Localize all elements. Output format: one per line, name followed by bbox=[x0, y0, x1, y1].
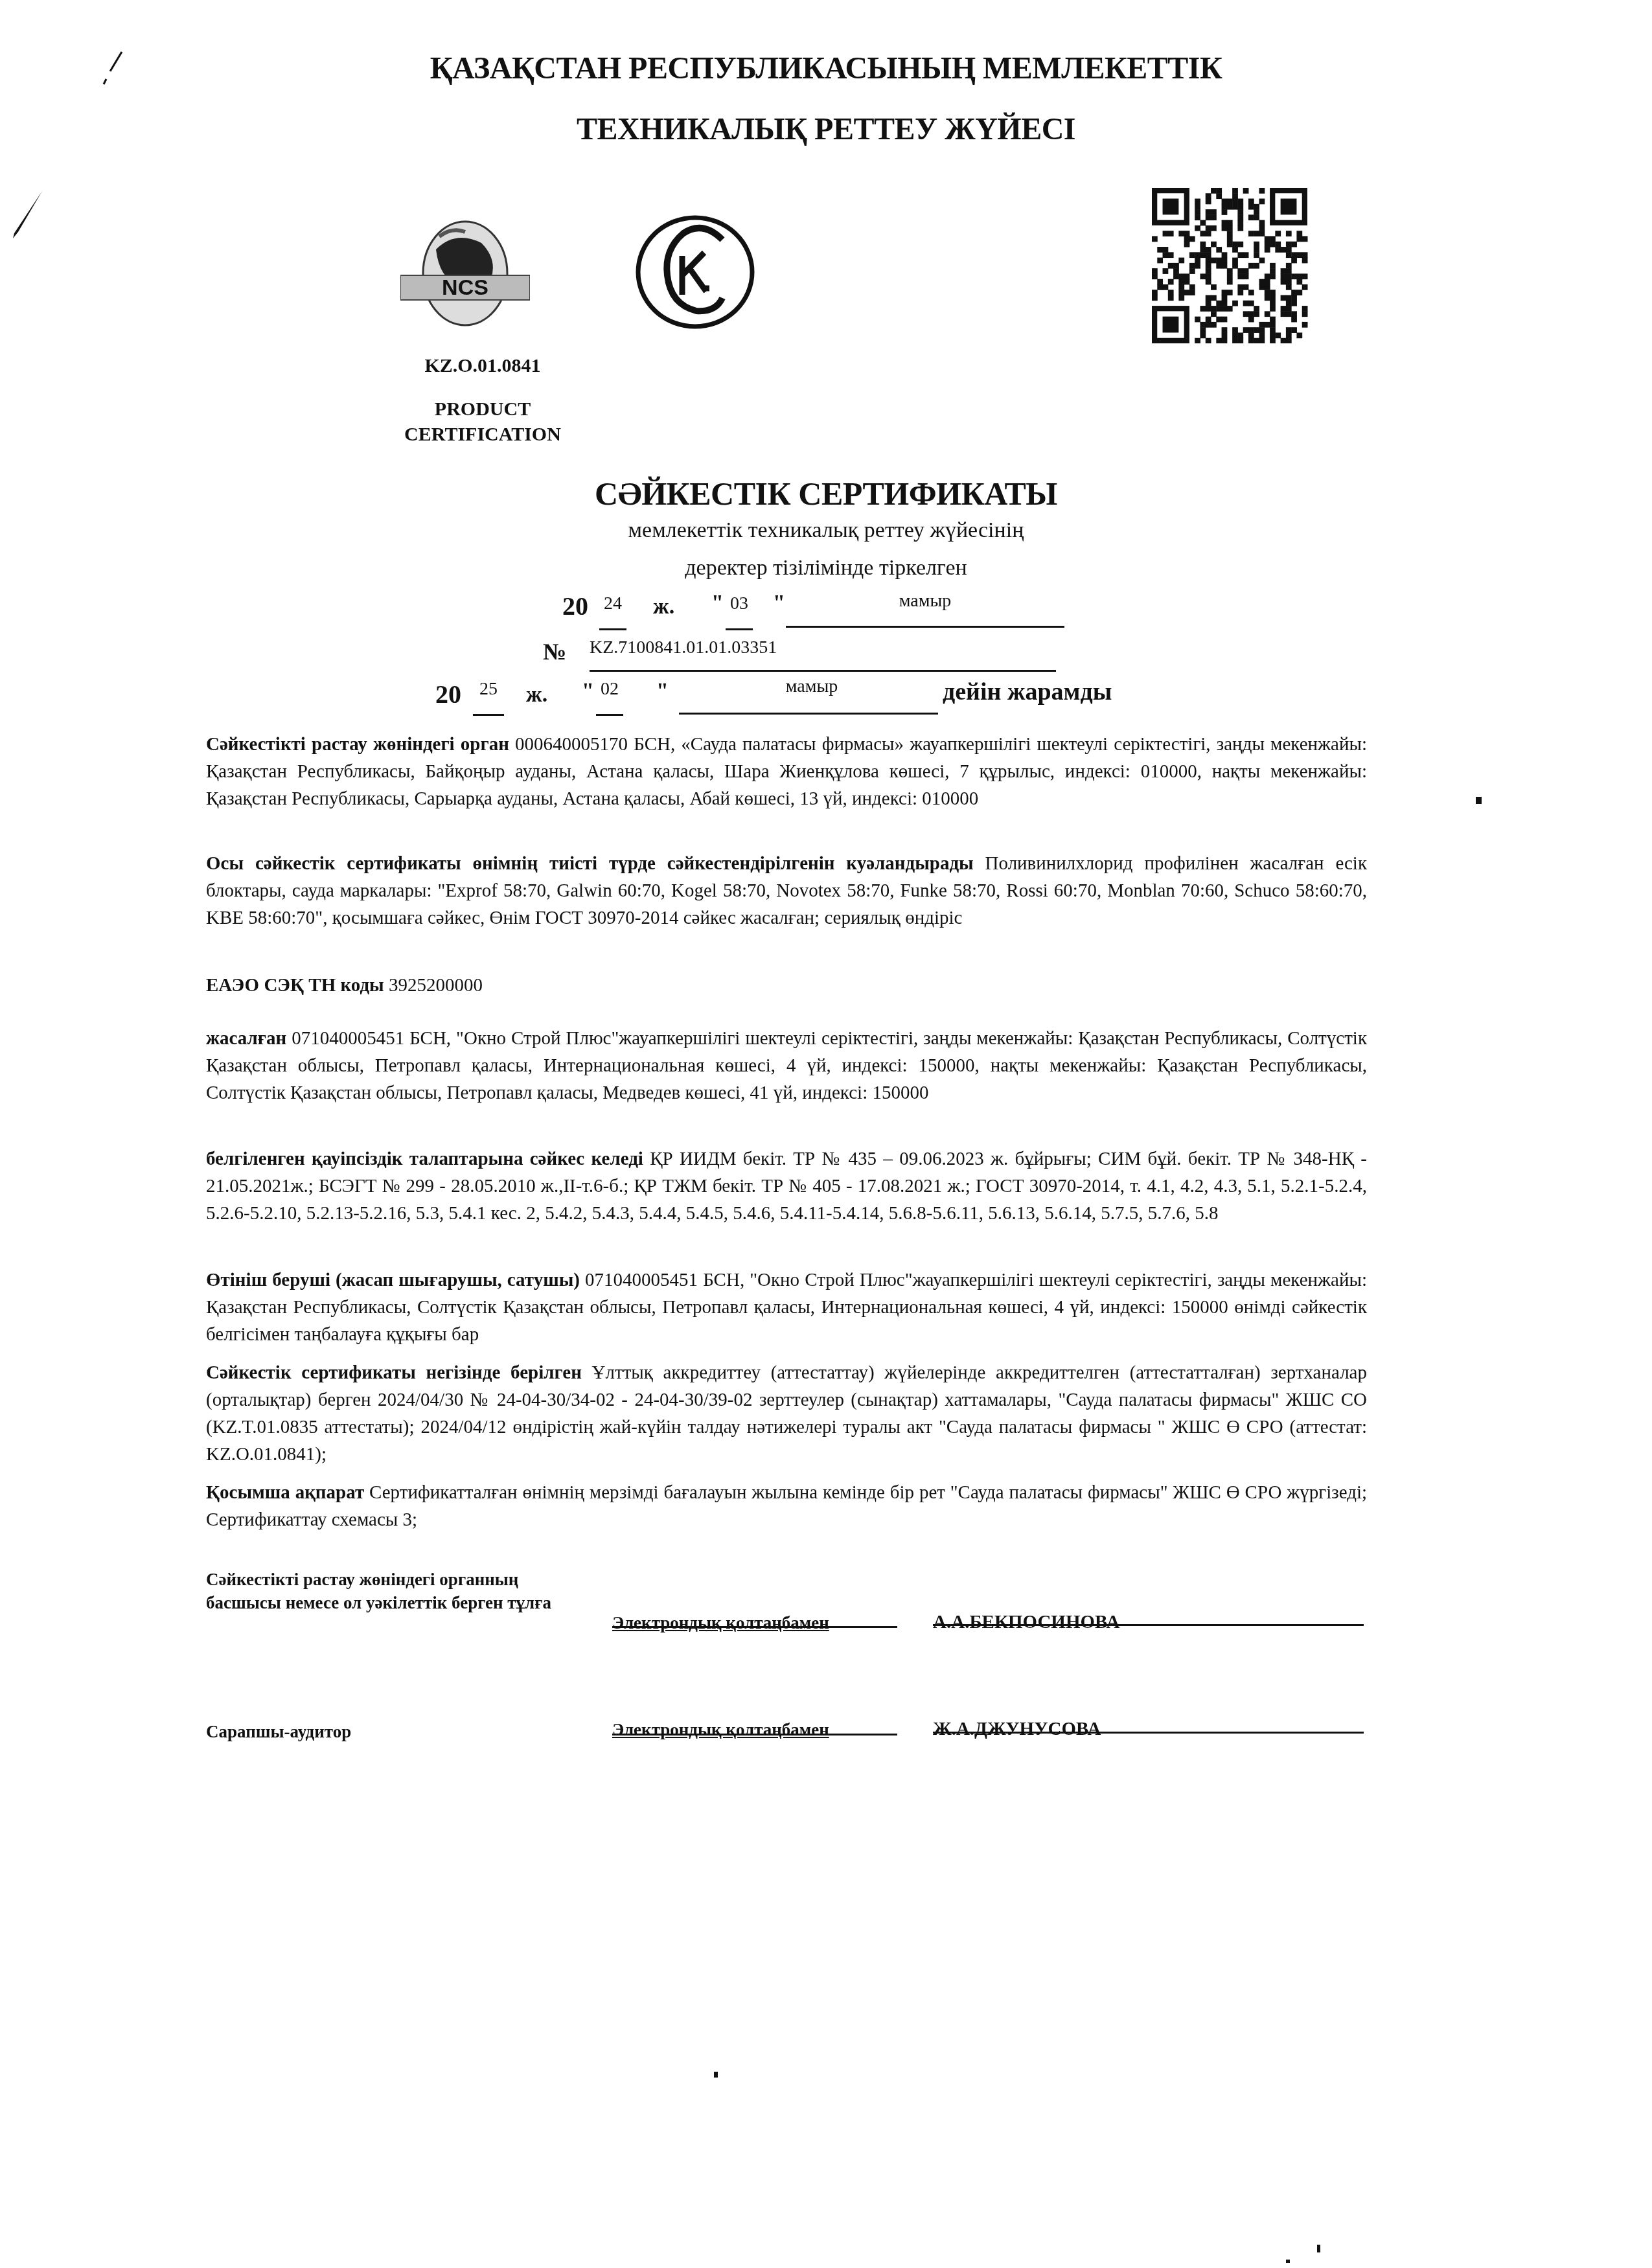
signature-method: Электрондық қолтаңбамен bbox=[612, 1720, 829, 1740]
kz-conformity-mark bbox=[632, 214, 758, 330]
scan-speck bbox=[1286, 2260, 1290, 2263]
scan-speck bbox=[714, 2072, 718, 2078]
accreditation-code: KZ.O.01.0841 bbox=[376, 355, 590, 377]
valid-year-suffix: 25 bbox=[473, 676, 504, 716]
section-tn-code: ЕАЭО СЭҚ ТН коды 3925200000 bbox=[206, 972, 1367, 999]
signature-role: Сәйкестікті растау жөніндегі органның ба… bbox=[206, 1568, 595, 1614]
scan-speck bbox=[1476, 797, 1482, 804]
section-lead: Сәйкестікті растау жөніндегі орган bbox=[206, 734, 509, 755]
section-lead: белгіленген қауіпсіздік талаптарына сәйк… bbox=[206, 1149, 643, 1169]
reg-quote-close: " bbox=[773, 591, 785, 615]
svg-text:NCS: NCS bbox=[442, 275, 488, 300]
certificate-subtitle-2: деректер тізілімінде тіркелген bbox=[0, 556, 1652, 580]
section-certification-body: Сәйкестікті растау жөніндегі орган 00064… bbox=[206, 731, 1367, 812]
valid-suffix: дейін жарамды bbox=[943, 678, 1112, 706]
section-lead: Өтініш беруші (жасап шығарушы, сатушы) bbox=[206, 1270, 580, 1290]
section-lead: Қосымша ақпарат bbox=[206, 1482, 364, 1503]
signature-role: Сарапшы-аудитор bbox=[206, 1720, 595, 1743]
valid-year-word: ж. bbox=[526, 683, 547, 707]
certificate-title: СӘЙКЕСТІК СЕРТИФИКАТЫ bbox=[0, 475, 1652, 512]
section-additional-info: Қосымша ақпарат Сертификатталған өнімнің… bbox=[206, 1479, 1367, 1533]
ncs-emblem: NCS bbox=[400, 214, 530, 327]
pen-mark-icon bbox=[6, 188, 45, 240]
section-lead: ЕАЭО СЭҚ ТН коды bbox=[206, 975, 384, 996]
number-value: KZ.7100841.01.01.03351 bbox=[590, 635, 1056, 672]
number-label: № bbox=[543, 638, 566, 665]
reg-year-prefix: 20 bbox=[562, 591, 588, 621]
label-line-1: PRODUCT bbox=[376, 396, 590, 422]
valid-day: 02 bbox=[596, 676, 623, 716]
header-line-1: ҚАЗАҚСТАН РЕСПУБЛИКАСЫНЫҢ МЕМЛЕКЕТТІК bbox=[0, 51, 1652, 86]
section-text: Сертификатталған өнімнің мерзімді бағала… bbox=[206, 1482, 1367, 1530]
scan-speck bbox=[1317, 2245, 1320, 2252]
section-lead: Осы сәйкестік сертификаты өнімнің тиісті… bbox=[206, 853, 974, 874]
section-basis: Сәйкестік сертификаты негізінде берілген… bbox=[206, 1359, 1367, 1468]
product-certification-label: PRODUCT CERTIFICATION bbox=[376, 396, 590, 447]
globe-icon: NCS bbox=[400, 214, 530, 327]
section-manufacturer: жасалған 071040005451 БСН, "Окно Строй П… bbox=[206, 1025, 1367, 1106]
section-lead: жасалған bbox=[206, 1028, 286, 1049]
reg-day: 03 bbox=[726, 591, 753, 630]
qr-code[interactable] bbox=[1152, 188, 1311, 343]
signature-name: А.А.БЕКПОСИНОВА bbox=[933, 1612, 1119, 1633]
section-text: 3925200000 bbox=[384, 975, 483, 996]
section-safety-requirements: белгіленген қауіпсіздік талаптарына сәйк… bbox=[206, 1145, 1367, 1227]
section-applicant: Өтініш беруші (жасап шығарушы, сатушы) 0… bbox=[206, 1266, 1367, 1348]
reg-year-word: ж. bbox=[653, 595, 674, 619]
qr-code-icon bbox=[1152, 188, 1311, 343]
section-text: 071040005451 БСН, "Окно Строй Плюс"жауап… bbox=[206, 1028, 1367, 1103]
reg-month: мамыр bbox=[786, 588, 1064, 628]
label-line-2: CERTIFICATION bbox=[376, 422, 590, 447]
section-product: Осы сәйкестік сертификаты өнімнің тиісті… bbox=[206, 850, 1367, 932]
conformity-mark-icon bbox=[632, 214, 758, 330]
header-line-2: ТЕХНИКАЛЫҚ РЕТТЕУ ЖҮЙЕСІ bbox=[0, 111, 1652, 147]
reg-quote-open: " bbox=[711, 591, 724, 615]
valid-year-prefix: 20 bbox=[435, 679, 461, 709]
section-lead: Сәйкестік сертификаты негізінде берілген bbox=[206, 1362, 582, 1383]
valid-quote-open: " bbox=[582, 679, 594, 704]
signature-method: Электрондық қолтаңбамен bbox=[612, 1613, 829, 1633]
valid-quote-close: " bbox=[656, 679, 669, 704]
pen-speck-icon bbox=[84, 45, 130, 110]
certificate-subtitle-1: мемлекеттік техникалық реттеу жүйесінің bbox=[0, 518, 1652, 543]
reg-year-suffix: 24 bbox=[599, 591, 626, 630]
valid-month: мамыр bbox=[685, 674, 938, 715]
signature-name: Ж.А.ДЖУНУСОВА bbox=[933, 1719, 1101, 1740]
